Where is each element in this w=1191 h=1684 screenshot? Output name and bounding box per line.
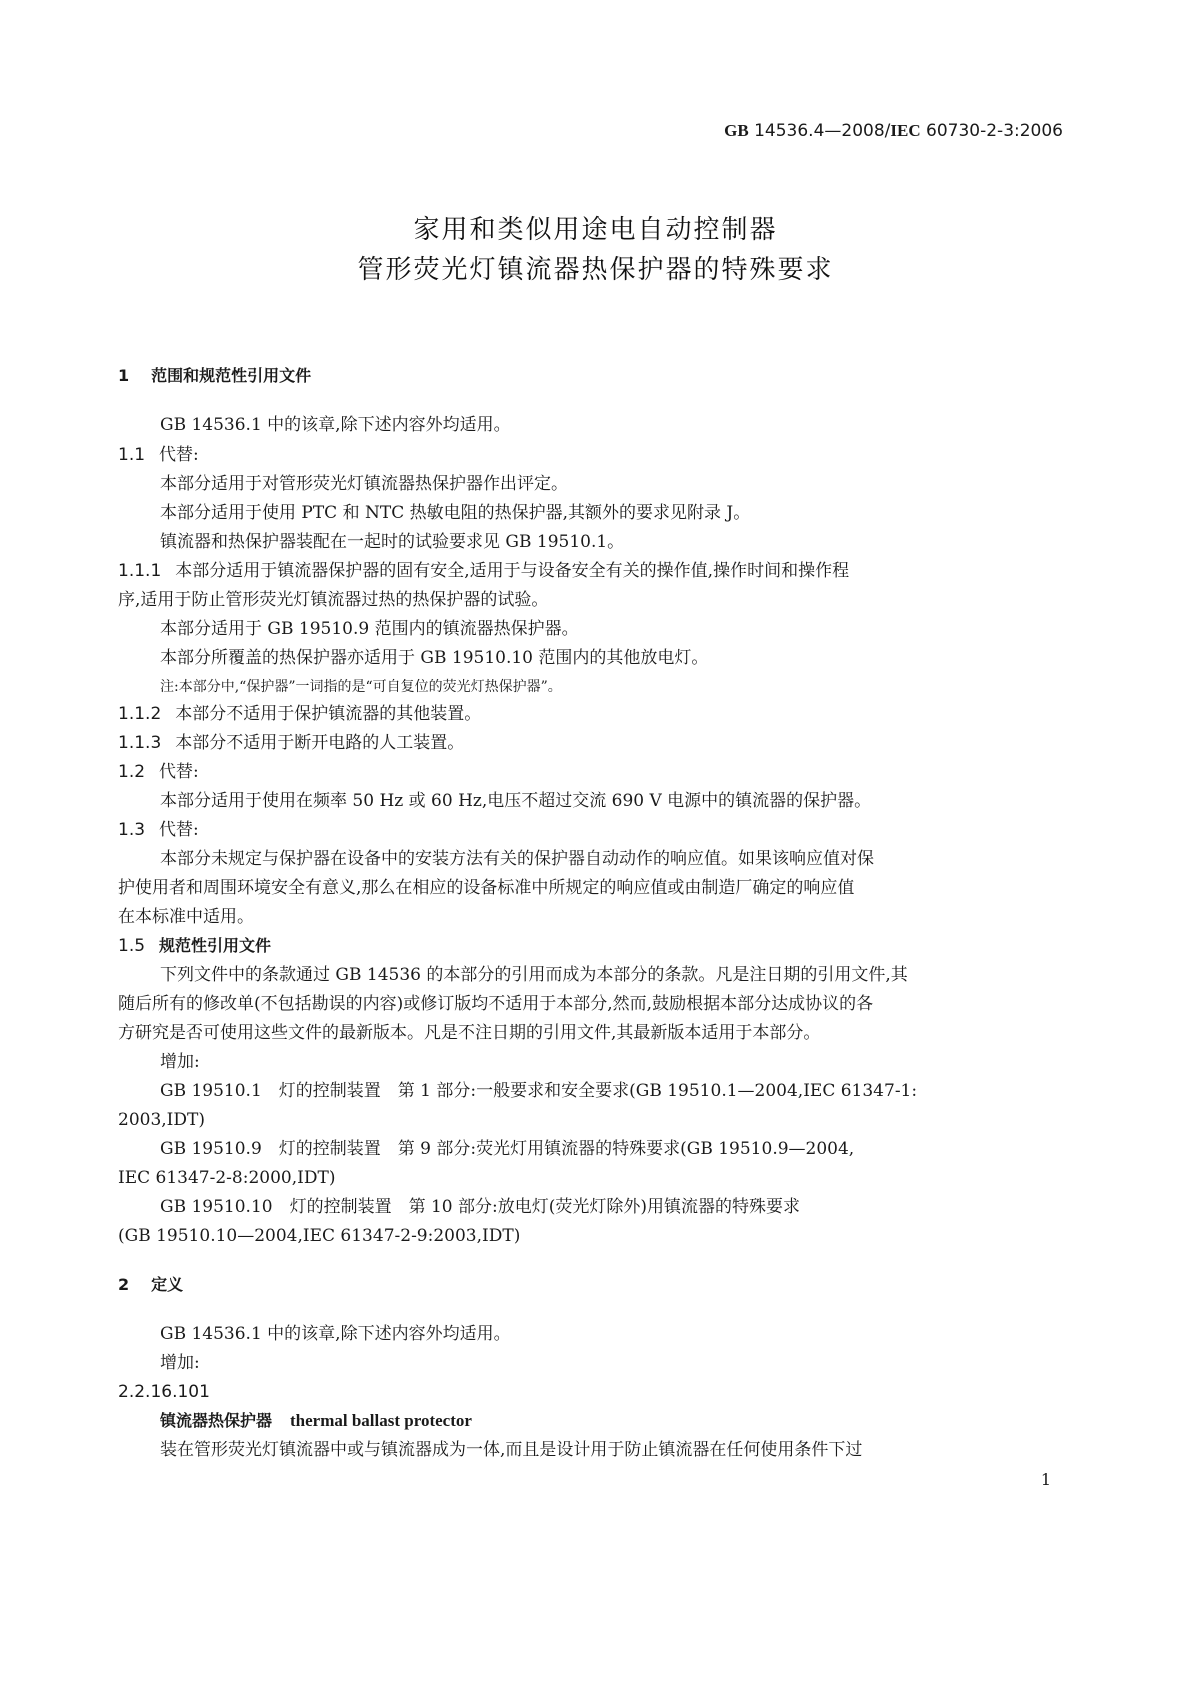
clause-1-1-1-para-2: 本部分适用于 GB 19510.9 范围内的镇流器热保护器。 bbox=[160, 618, 579, 640]
gb-number: 14536.4—2008/ bbox=[749, 121, 891, 141]
clause-1-1-para-2: 本部分适用于使用 PTC 和 NTC 热敏电阻的热保护器,其额外的要求见附录 J… bbox=[160, 502, 750, 524]
clause-title: 代替: bbox=[159, 762, 199, 782]
clause-1-1-3: 1.1.3本部分不适用于断开电路的人工装置。 bbox=[118, 732, 464, 754]
clause-1-3-line-1: 本部分未规定与保护器在设备中的安装方法有关的保护器自动动作的响应值。如果该响应值… bbox=[160, 848, 874, 870]
clause-1-1-1-note: 注:本部分中,“保护器”一词指的是“可自复位的荧光灯热保护器”。 bbox=[160, 676, 562, 698]
clause-1-1-1-para-3: 本部分所覆盖的热保护器亦适用于 GB 19510.10 范围内的其他放电灯。 bbox=[160, 647, 708, 669]
clause-1-2-para-1: 本部分适用于使用在频率 50 Hz 或 60 Hz,电压不超过交流 690 V … bbox=[160, 790, 871, 812]
clause-1-1-1-line-2: 序,适用于防止管形荧光灯镇流器过热的热保护器的试验。 bbox=[118, 589, 548, 611]
clause-number: 1.1.2 bbox=[118, 704, 161, 724]
term-chinese: 镇流器热保护器 bbox=[160, 1411, 272, 1430]
clause-1-1-para-3: 镇流器和热保护器装配在一起时的试验要求见 GB 19510.1。 bbox=[160, 531, 624, 553]
clause-1-5-line-1: 下列文件中的条款通过 GB 14536 的本部分的引用而成为本部分的条款。凡是注… bbox=[160, 964, 908, 986]
clause-1-5-addition: 增加: bbox=[160, 1051, 200, 1073]
reference-3-line-2: (GB 19510.10—2004,IEC 61347-2-9:2003,IDT… bbox=[118, 1225, 520, 1247]
section-1-intro: GB 14536.1 中的该章,除下述内容外均适用。 bbox=[160, 414, 511, 436]
reference-2-line-2: IEC 61347-2-8:2000,IDT) bbox=[118, 1167, 335, 1189]
clause-title: 规范性引用文件 bbox=[159, 936, 271, 955]
clause-text: 本部分不适用于断开电路的人工装置。 bbox=[175, 733, 464, 753]
section-2-intro: GB 14536.1 中的该章,除下述内容外均适用。 bbox=[160, 1323, 511, 1345]
clause-1-3-line-2: 护使用者和周围环境安全有意义,那么在相应的设备标准中所规定的响应值或由制造厂确定… bbox=[118, 877, 854, 899]
clause-number: 1.1.3 bbox=[118, 733, 161, 753]
document-page: GB 14536.4—2008/IEC 60730-2-3:2006 家用和类似… bbox=[0, 0, 1191, 1684]
clause-number: 1.1.1 bbox=[118, 561, 161, 581]
definition-term: 镇流器热保护器thermal ballast protector bbox=[160, 1410, 472, 1432]
gb-prefix: GB bbox=[724, 121, 749, 140]
term-english: thermal ballast protector bbox=[290, 1411, 472, 1430]
clause-1-1-para-1: 本部分适用于对管形荧光灯镇流器热保护器作出评定。 bbox=[160, 473, 568, 495]
document-title-line-2: 管形荧光灯镇流器热保护器的特殊要求 bbox=[0, 254, 1191, 286]
iec-number: 60730-2-3:2006 bbox=[921, 121, 1063, 141]
clause-1-1-2: 1.1.2本部分不适用于保护镇流器的其他装置。 bbox=[118, 703, 481, 725]
clause-number: 1.3 bbox=[118, 820, 145, 840]
section-2-heading: 2定义 bbox=[118, 1274, 183, 1296]
clause-1-5-line-3: 方研究是否可使用这些文件的最新版本。凡是不注日期的引用文件,其最新版本适用于本部… bbox=[118, 1022, 820, 1044]
standard-code-header: GB 14536.4—2008/IEC 60730-2-3:2006 bbox=[724, 120, 1063, 142]
reference-1-line-1: GB 19510.1 灯的控制装置 第 1 部分:一般要求和安全要求(GB 19… bbox=[160, 1080, 917, 1102]
clause-1-2-heading: 1.2代替: bbox=[118, 761, 199, 783]
reference-3-line-1: GB 19510.10 灯的控制装置 第 10 部分:放电灯(荧光灯除外)用镇流… bbox=[160, 1196, 800, 1218]
reference-1-line-2: 2003,IDT) bbox=[118, 1109, 205, 1131]
section-title: 范围和规范性引用文件 bbox=[151, 366, 311, 385]
clause-number: 1.1 bbox=[118, 445, 145, 465]
clause-title: 代替: bbox=[159, 820, 199, 840]
definition-number: 2.2.16.101 bbox=[118, 1381, 210, 1403]
clause-1-1-heading: 1.1代替: bbox=[118, 444, 199, 466]
section-number: 2 bbox=[118, 1275, 129, 1294]
clause-1-3-heading: 1.3代替: bbox=[118, 819, 199, 841]
clause-number: 1.5 bbox=[118, 936, 145, 956]
clause-1-1-1-line-1: 1.1.1本部分适用于镇流器保护器的固有安全,适用于与设备安全有关的操作值,操作… bbox=[118, 560, 849, 582]
clause-number: 1.2 bbox=[118, 762, 145, 782]
clause-title: 代替: bbox=[159, 445, 199, 465]
iec-prefix: IEC bbox=[890, 121, 920, 140]
section-1-heading: 1范围和规范性引用文件 bbox=[118, 365, 311, 387]
clause-1-5-line-2: 随后所有的修改单(不包括勘误的内容)或修订版均不适用于本部分,然而,鼓励根据本部… bbox=[118, 993, 873, 1015]
section-2-addition: 增加: bbox=[160, 1352, 200, 1374]
clause-1-3-line-3: 在本标准中适用。 bbox=[118, 906, 254, 928]
reference-2-line-1: GB 19510.9 灯的控制装置 第 9 部分:荧光灯用镇流器的特殊要求(GB… bbox=[160, 1138, 854, 1160]
clause-text: 本部分适用于镇流器保护器的固有安全,适用于与设备安全有关的操作值,操作时间和操作… bbox=[175, 561, 849, 581]
clause-1-5-heading: 1.5规范性引用文件 bbox=[118, 935, 271, 957]
page-number: 1 bbox=[1041, 1470, 1051, 1489]
document-title-line-1: 家用和类似用途电自动控制器 bbox=[0, 214, 1191, 246]
section-title: 定义 bbox=[151, 1275, 183, 1294]
section-number: 1 bbox=[118, 366, 129, 385]
clause-text: 本部分不适用于保护镇流器的其他装置。 bbox=[175, 704, 481, 724]
definition-text: 装在管形荧光灯镇流器中或与镇流器成为一体,而且是设计用于防止镇流器在任何使用条件… bbox=[160, 1439, 862, 1461]
